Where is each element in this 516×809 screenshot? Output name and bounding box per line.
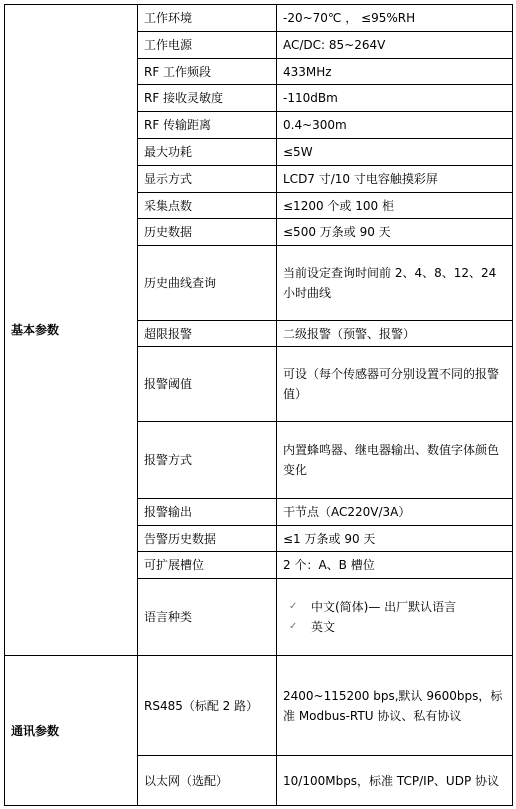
table-row: 通讯参数 RS485（标配 2 路） 2400~115200 bps,默认 96… xyxy=(5,656,513,756)
param-label: 可扩展槽位 xyxy=(138,552,277,579)
param-value: ≤5W xyxy=(277,139,513,166)
param-value: AC/DC: 85~264V xyxy=(277,32,513,59)
spec-table: 基本参数 工作环境 -20~70℃ ， ≤95%RH 工作电源 AC/DC: 8… xyxy=(4,4,513,806)
language-label: 中文(简体)— 出厂默认语言 xyxy=(311,597,456,617)
param-value-languages: ✓ 中文(简体)— 出厂默认语言 ✓ 英文 xyxy=(277,579,513,656)
param-value: LCD7 寸/10 寸电容触摸彩屏 xyxy=(277,166,513,193)
param-label: 采集点数 xyxy=(138,193,277,219)
param-label: 工作电源 xyxy=(138,32,277,59)
check-icon: ✓ xyxy=(289,617,311,637)
param-label: 最大功耗 xyxy=(138,139,277,166)
param-label: RS485（标配 2 路） xyxy=(138,656,277,756)
language-item: ✓ 英文 xyxy=(289,617,506,637)
param-value: 可设（每个传感器可分别设置不同的报警值） xyxy=(277,347,513,422)
param-label: 以太网（选配） xyxy=(138,756,277,806)
param-value: 二级报警（预警、报警） xyxy=(277,321,513,347)
param-value: 433MHz xyxy=(277,59,513,85)
param-value: 内置蜂鸣器、继电器输出、数值字体颜色变化 xyxy=(277,422,513,499)
param-label: 报警输出 xyxy=(138,499,277,526)
param-label: 显示方式 xyxy=(138,166,277,193)
param-value: 2 个：A、B 槽位 xyxy=(277,552,513,579)
param-value: ≤500 万条或 90 天 xyxy=(277,219,513,246)
param-label: RF 传输距离 xyxy=(138,112,277,139)
param-label: 语言种类 xyxy=(138,579,277,656)
param-label: 超限报警 xyxy=(138,321,277,347)
language-item: ✓ 中文(简体)— 出厂默认语言 xyxy=(289,597,506,617)
param-value: 当前设定查询时间前 2、4、8、12、24 小时曲线 xyxy=(277,246,513,321)
param-value: ≤1200 个或 100 柜 xyxy=(277,193,513,219)
param-label: 历史曲线查询 xyxy=(138,246,277,321)
language-label: 英文 xyxy=(311,617,335,637)
group-label-basic: 基本参数 xyxy=(5,5,138,656)
param-value: ≤1 万条或 90 天 xyxy=(277,526,513,552)
param-label: 报警阈值 xyxy=(138,347,277,422)
check-icon: ✓ xyxy=(289,597,311,617)
param-value: -20~70℃ ， ≤95%RH xyxy=(277,5,513,32)
param-label: 报警方式 xyxy=(138,422,277,499)
group-label-communication: 通讯参数 xyxy=(5,656,138,806)
param-value: 0.4~300m xyxy=(277,112,513,139)
param-label: RF 工作频段 xyxy=(138,59,277,85)
param-value: -110dBm xyxy=(277,85,513,112)
param-label: 告警历史数据 xyxy=(138,526,277,552)
table-row: 基本参数 工作环境 -20~70℃ ， ≤95%RH xyxy=(5,5,513,32)
param-label: RF 接收灵敏度 xyxy=(138,85,277,112)
param-value: 2400~115200 bps,默认 9600bps，标准 Modbus-RTU… xyxy=(277,656,513,756)
param-label: 工作环境 xyxy=(138,5,277,32)
param-value: 干节点（AC220V/3A） xyxy=(277,499,513,526)
language-list: ✓ 中文(简体)— 出厂默认语言 ✓ 英文 xyxy=(283,597,506,637)
param-label: 历史数据 xyxy=(138,219,277,246)
param-value: 10/100Mbps，标准 TCP/IP、UDP 协议 xyxy=(277,756,513,806)
